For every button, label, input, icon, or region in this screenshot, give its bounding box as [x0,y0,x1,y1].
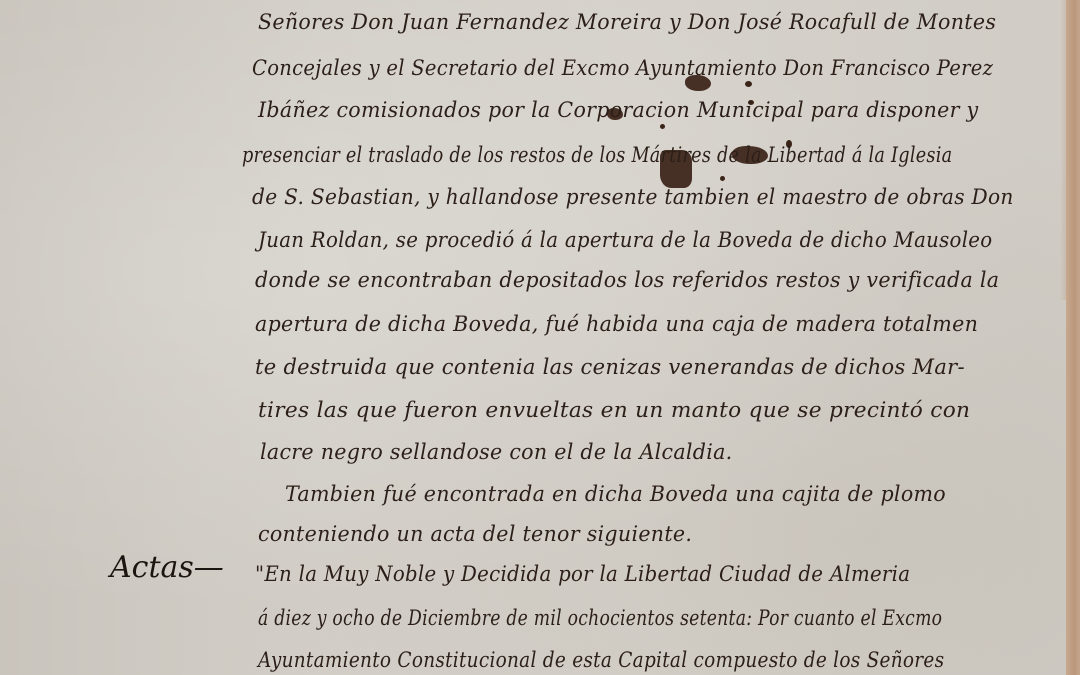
page-edge-shadow [1060,0,1066,300]
manuscript-line: Ayuntamiento Constitucional de esta Capi… [258,648,944,672]
manuscript-line: conteniendo un acta del tenor siguiente. [258,522,692,546]
manuscript-line: Concejales y el Secretario del Excmo Ayu… [252,56,993,80]
manuscript-line: á diez y ocho de Diciembre de mil ochoci… [258,606,942,630]
manuscript-page: Actas— Señores Don Juan Fernandez Moreir… [0,0,1080,675]
manuscript-line: Tambien fué encontrada en dicha Boveda u… [285,482,946,506]
page-edge [1066,0,1080,675]
manuscript-line: donde se encontraban depositados los ref… [255,268,999,292]
manuscript-line: Señores Don Juan Fernandez Moreira y Don… [258,10,996,34]
ink-dot [660,124,665,129]
manuscript-line: te destruida que contenia las cenizas ve… [255,355,965,379]
margin-note-actas: Actas— [110,550,224,585]
manuscript-line: tires las que fueron envueltas en un man… [258,398,970,422]
ink-dot [720,176,725,181]
manuscript-line: "En la Muy Noble y Decidida por la Liber… [255,562,910,586]
manuscript-line: apertura de dicha Boveda, fué habida una… [255,312,978,336]
manuscript-line: Ibáñez comisionados por la Corporacion M… [258,98,978,122]
ink-dot [745,81,752,87]
manuscript-line: lacre negro sellandose con el de la Alca… [260,440,733,464]
manuscript-line: presenciar el traslado de los restos de … [242,143,952,167]
manuscript-line: de S. Sebastian, y hallandose presente t… [252,185,1014,209]
manuscript-line: Juan Roldan, se procedió á la apertura d… [258,228,992,252]
